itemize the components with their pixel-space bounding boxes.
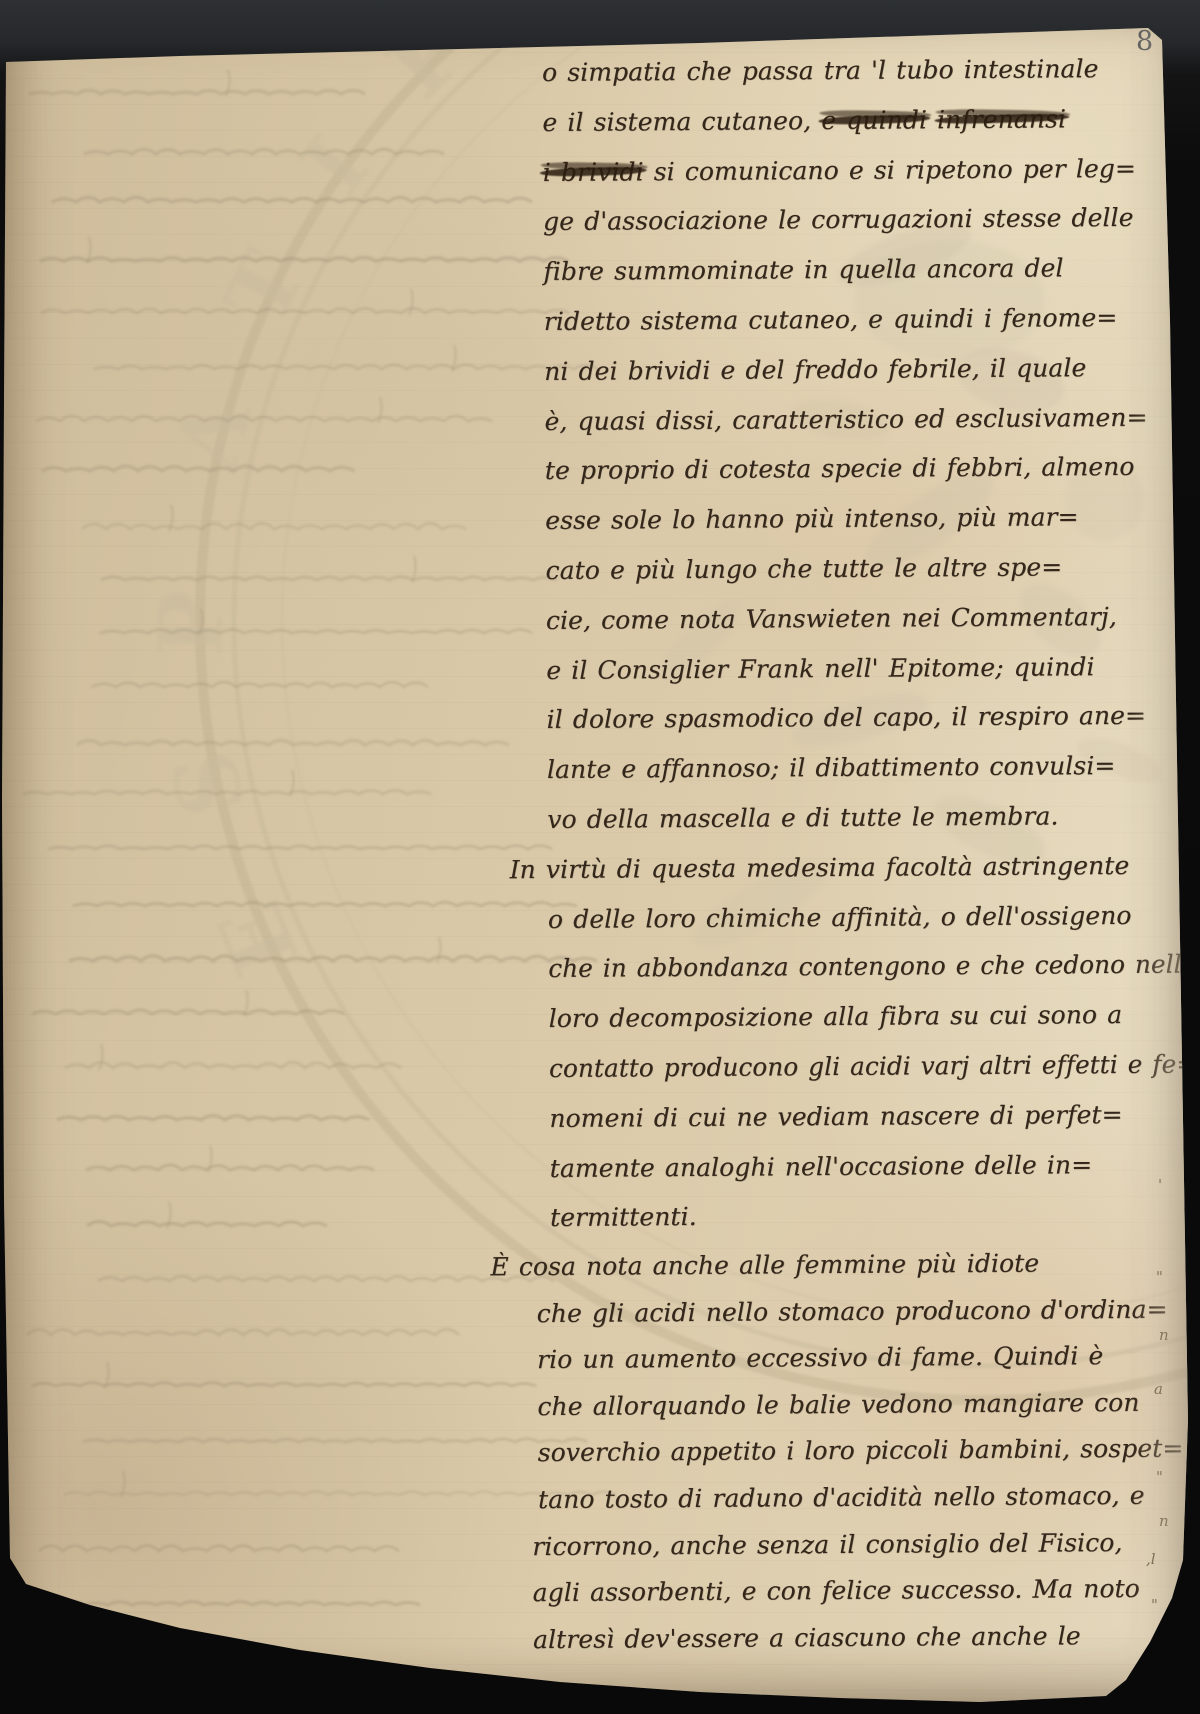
manuscript-line: nomeni di cui ne vediam nascere di perfe… — [549, 1100, 1122, 1134]
manuscript-line: cato e più lungo che tutte le altre spe= — [545, 552, 1062, 586]
manuscript-line: i brividi si comunicano e si ripetono pe… — [543, 154, 1136, 188]
bleed-through-line — [98, 1276, 554, 1281]
manuscript-line: che allorquando le balie vedono mangiare… — [537, 1388, 1139, 1422]
manuscript-line: tano tosto di raduno d'acidità nello sto… — [538, 1481, 1145, 1515]
handwritten-text: termittenti. — [550, 1202, 697, 1232]
handwritten-text: o simpatia che passa tra 'l tubo intesti… — [542, 54, 1099, 87]
handwritten-text: lante e affannoso; il dibattimento convu… — [547, 751, 1116, 784]
handwritten-text: ge d'associazione le corrugazioni stesse… — [543, 203, 1134, 236]
handwritten-text: e il Consiglier Frank nell' Epitome; qui… — [546, 652, 1094, 685]
manuscript-line: o delle loro chimiche affinità, o dell'o… — [548, 901, 1132, 935]
bleed-through-line — [27, 1329, 459, 1335]
manuscript-line: rio un aumento eccessivo di fame. Quindi… — [537, 1341, 1103, 1375]
bleed-through-ascender — [99, 1044, 103, 1070]
manuscript-line: ge d'associazione le corrugazioni stesse… — [543, 203, 1134, 237]
text-column: o simpatia che passa tra 'l tubo intesti… — [542, 0, 1200, 1714]
handwritten-text: si comunicano e si ripetono per leg= — [644, 154, 1136, 186]
margin-mark: n — [1159, 1514, 1169, 1529]
manuscript-line: e il sistema cutaneo, e quindi infrenans… — [542, 104, 1066, 138]
svg-text:E S P: E S P — [138, 559, 318, 989]
struck-out-text: infrenansi — [937, 104, 1066, 134]
manuscript-line: che in abbondanza contengono e che cedon… — [548, 949, 1196, 984]
handwritten-text: soverchio appetito i loro piccoli bambin… — [538, 1434, 1184, 1468]
struck-out-text: i brividi — [543, 157, 644, 187]
manuscript-line: te proprio di cotesta specie di febbri, … — [545, 452, 1135, 486]
handwritten-text: e il sistema cutaneo, — [542, 106, 821, 137]
bleed-through-line — [86, 1165, 374, 1170]
bleed-through-ascender — [378, 397, 382, 423]
bleed-through-ascender — [409, 289, 413, 315]
bleed-through-line — [39, 1546, 399, 1551]
handwritten-text: cie, come nota Vanswieten nei Commentarj… — [546, 602, 1117, 635]
handwritten-text: è, quasi dissi, caratteristico ed esclus… — [544, 403, 1147, 436]
manuscript-line: o simpatia che passa tra 'l tubo intesti… — [542, 54, 1099, 88]
bleed-through-line — [65, 1062, 401, 1068]
handwritten-text: tamente analoghi nell'occasione delle in… — [550, 1150, 1093, 1183]
manuscript-line: soverchio appetito i loro piccoli bambin… — [538, 1434, 1184, 1469]
bleed-through-line — [64, 1491, 616, 1495]
margin-mark: a — [1154, 1382, 1163, 1397]
handwritten-text: agli assorbenti, e con felice successo. … — [533, 1574, 1140, 1607]
bleed-through-line — [48, 846, 552, 849]
handwritten-text: il dolore spasmodico del capo, il respir… — [547, 701, 1147, 734]
bleed-through-line — [29, 90, 365, 94]
manuscript-line: vo della mascella e di tutte le membra. — [547, 801, 1058, 835]
manuscript-line: che gli acidi nello stomaco producono d'… — [537, 1295, 1168, 1329]
margin-mark: ' — [1158, 1178, 1162, 1193]
handwritten-text: loro decomposizione alla fibra su cui so… — [549, 1000, 1123, 1033]
handwritten-text: ridetto sistema cutaneo, e quindi i feno… — [544, 303, 1118, 336]
manuscript-line: e il Consiglier Frank nell' Epitome; qui… — [546, 652, 1094, 686]
handwritten-text: che allorquando le balie vedono mangiare… — [537, 1388, 1139, 1421]
handwritten-text: vo della mascella e di tutte le membra. — [547, 801, 1058, 834]
manuscript-line: contatto producono gli acidi varj altri … — [549, 1049, 1197, 1084]
handwritten-text: È cosa nota anche alle femmine più idiot… — [490, 1249, 1039, 1282]
stamp-arc-text-upper: A T I P V — [0, 0, 549, 481]
bleed-through-ascender — [244, 990, 248, 1016]
bleed-through-line — [82, 523, 466, 529]
manuscript-line: il dolore spasmodico del capo, il respir… — [547, 701, 1147, 735]
stamp-arc-text-lower: E S P — [138, 559, 318, 989]
manuscript-line: loro decomposizione alla fibra su cui so… — [549, 1000, 1123, 1034]
struck-out-text: e quindi — [821, 105, 927, 135]
manuscript-line: esse sole lo hanno più intenso, più mar= — [545, 502, 1079, 536]
handwritten-text: tano tosto di raduno d'acidità nello sto… — [538, 1481, 1145, 1514]
bleed-through-line — [69, 956, 597, 961]
manuscript-line: ricorrono, anche senza il consiglio del … — [532, 1528, 1122, 1562]
handwritten-text: o delle loro chimiche affinità, o dell'o… — [548, 901, 1132, 934]
handwritten-text: esse sole lo hanno più intenso, più mar= — [545, 502, 1079, 535]
margin-mark: " — [1156, 1270, 1163, 1285]
manuscript-line: In virtù di questa medesima facoltà astr… — [510, 851, 1130, 885]
bleed-through-line — [32, 1010, 344, 1014]
bleed-through-line — [83, 1439, 587, 1442]
handwritten-text: ricorrono, anche senza il consiglio del … — [532, 1528, 1122, 1561]
photographed-manuscript-scene: E S P A T I P V 8 o sim — [0, 0, 1200, 1714]
handwritten-text: che gli acidi nello stomaco producono d'… — [537, 1295, 1168, 1328]
bleed-through-line — [36, 1601, 420, 1605]
bleed-through-ascender — [437, 937, 441, 963]
handwritten-text: ni dei brividi e del freddo febrile, il … — [544, 353, 1086, 386]
manuscript-line: È cosa nota anche alle femmine più idiot… — [490, 1249, 1039, 1283]
manuscript-line: fibre summominate in quella ancora del — [543, 253, 1063, 287]
handwritten-text: te proprio di cotesta specie di febbri, … — [545, 452, 1135, 485]
bleed-through-line — [87, 1222, 327, 1227]
handwritten-text: che in abbondanza contengono e che cedon… — [548, 949, 1196, 983]
manuscript-line: altresì dev'essere a ciascuno che anche … — [533, 1621, 1081, 1655]
handwritten-text: fibre summominate in quella ancora del — [543, 253, 1063, 286]
bleed-through-line — [94, 365, 598, 369]
manuscript-line: tamente analoghi nell'occasione delle in… — [550, 1150, 1093, 1184]
bleed-through-line — [57, 1116, 369, 1120]
bleed-through-line — [42, 466, 354, 471]
margin-mark: ,l — [1146, 1552, 1156, 1567]
handwritten-text: altresì dev'essere a ciascuno che anche … — [533, 1621, 1081, 1654]
manuscript-line: ridetto sistema cutaneo, e quindi i feno… — [544, 303, 1118, 337]
margin-mark: " — [1156, 1470, 1163, 1485]
manuscript-line: agli assorbenti, e con felice successo. … — [533, 1574, 1140, 1608]
handwritten-text: In virtù di questa medesima facoltà astr… — [510, 851, 1130, 884]
manuscript-page: E S P A T I P V 8 o sim — [0, 0, 1200, 1714]
manuscript-line: lante e affannoso; il dibattimento convu… — [547, 751, 1116, 785]
margin-mark: n — [1159, 1328, 1169, 1343]
handwritten-text: nomeni di cui ne vediam nascere di perfe… — [549, 1100, 1122, 1133]
bleed-through-handwriting — [23, 70, 616, 1605]
margin-mark: " — [1151, 1598, 1158, 1613]
handwritten-text: cato e più lungo che tutte le altre spe= — [545, 552, 1062, 585]
handwritten-text: contatto producono gli acidi varj altri … — [549, 1049, 1197, 1083]
svg-text:A T I P V: A T I P V — [0, 0, 549, 481]
bleed-through-line — [73, 902, 577, 906]
handwritten-text: rio un aumento eccessivo di fame. Quindi… — [537, 1341, 1103, 1374]
manuscript-line: termittenti. — [550, 1202, 697, 1233]
manuscript-line: è, quasi dissi, caratteristico ed esclus… — [544, 403, 1147, 437]
manuscript-line: cie, come nota Vanswieten nei Commentarj… — [546, 602, 1117, 636]
manuscript-line: ni dei brividi e del freddo febrile, il … — [544, 353, 1086, 387]
